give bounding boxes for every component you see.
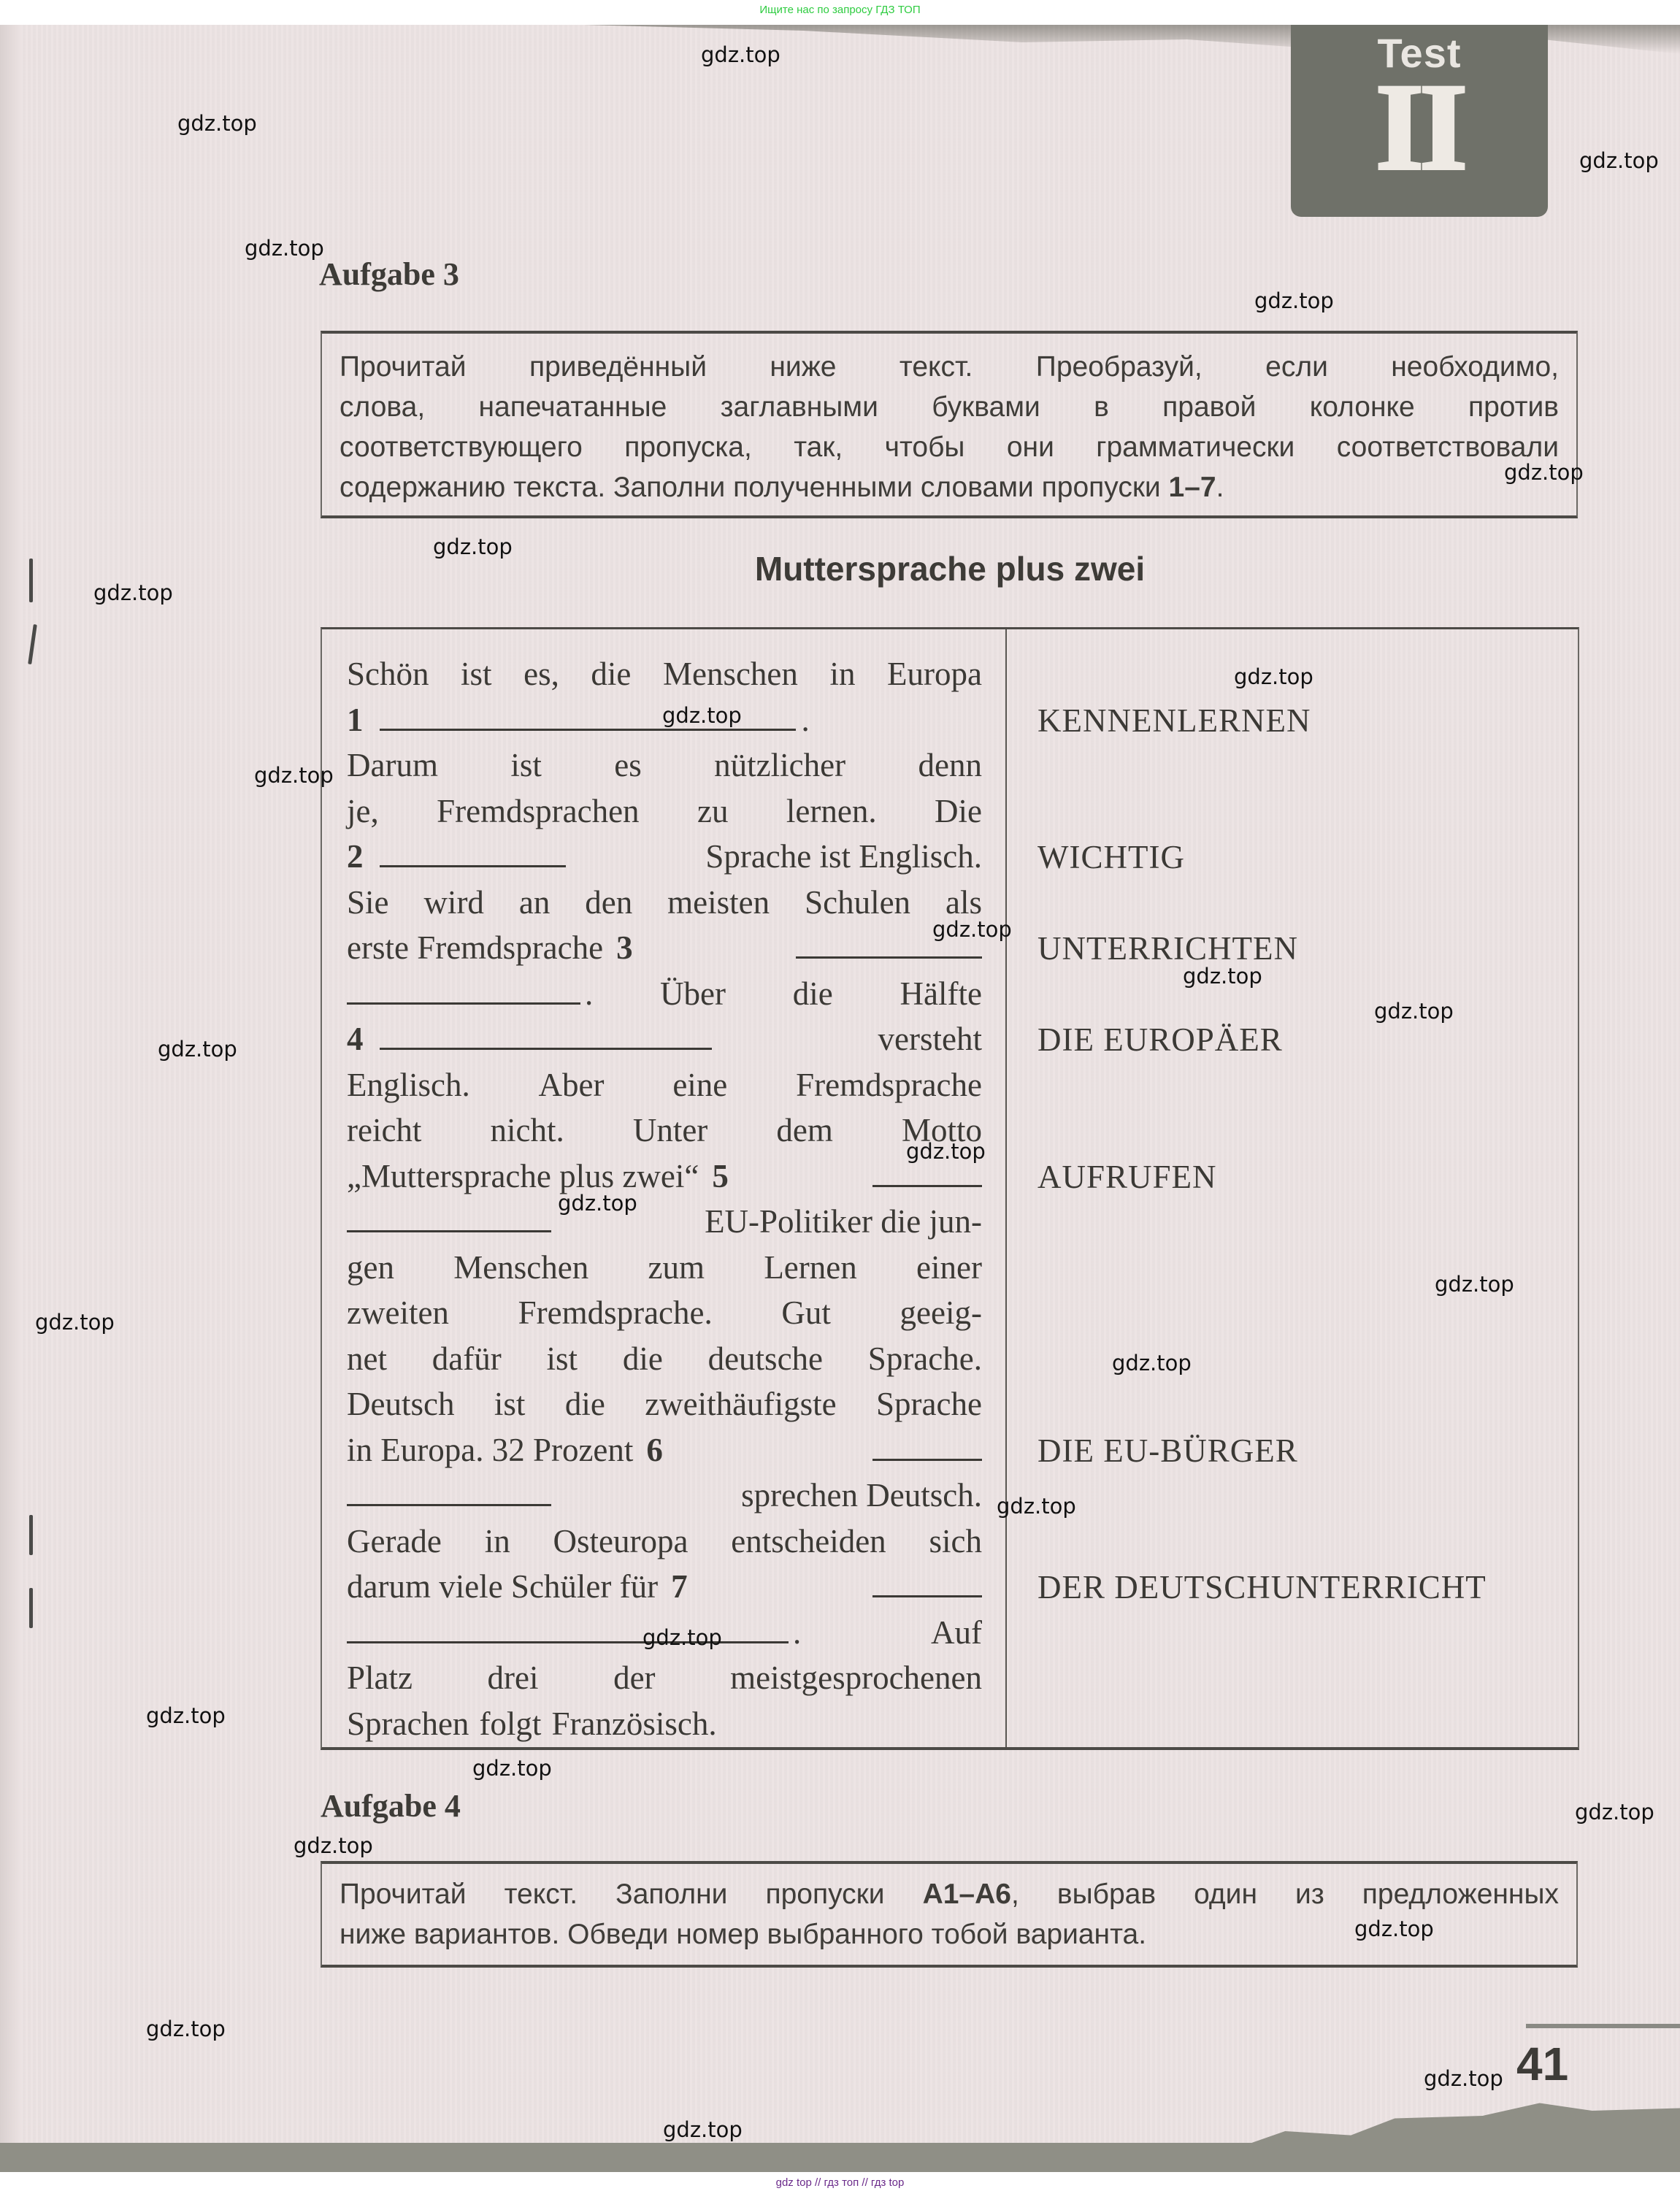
word-to-transform: DER DEUTSCHUNTERRICHT: [1037, 1568, 1487, 1606]
word-to-transform: DIE EU-BÜRGER: [1037, 1432, 1298, 1470]
word: den: [585, 880, 632, 926]
text-line: 4versteht: [347, 1016, 982, 1062]
word: Schön: [347, 651, 429, 697]
text-column: Schönistes,dieMenscheninEuropa1.Darumist…: [347, 651, 982, 1746]
watermark: gdz.top: [1579, 148, 1659, 173]
word: in Europa. 32 Prozent: [347, 1427, 633, 1473]
word-to-transform: DIE EUROPÄER: [1037, 1021, 1283, 1059]
gap-number: 6: [646, 1427, 663, 1473]
aufgabe-4-instruction: Прочитай текст. Заполни пропуски A1–A6, …: [340, 1874, 1559, 1914]
word: Französisch.: [551, 1701, 716, 1747]
watermark: gdz.top: [146, 1703, 226, 1728]
word: Gut: [781, 1290, 831, 1336]
word: die: [793, 971, 833, 1017]
word: denn: [918, 743, 981, 789]
staple-mark: [29, 1515, 33, 1555]
gap-blank[interactable]: [380, 837, 566, 867]
word: je,: [347, 789, 379, 834]
watermark: gdz.top: [35, 1310, 115, 1335]
footer-watermark: gdz top // гдз топ // гдз top: [0, 2172, 1680, 2210]
text-line: 2Sprache ist Englisch.: [347, 834, 982, 880]
watermark: gdz.top: [1435, 1272, 1514, 1297]
word: Über: [660, 971, 726, 1017]
word: Sie: [347, 880, 389, 926]
word: Osteuropa: [553, 1519, 689, 1565]
word: Europa: [887, 651, 982, 697]
word: Schulen: [805, 880, 910, 926]
word: die: [565, 1381, 605, 1427]
watermark: gdz.top: [146, 2017, 226, 2041]
word: erste Fremdsprache: [347, 925, 603, 971]
text-line: sprechen Deutsch.: [347, 1473, 982, 1519]
text-line: Platzdreidermeistgesprochenen: [347, 1655, 982, 1701]
word-to-transform: AUFRUFEN: [1037, 1158, 1217, 1196]
watermark: gdz.top: [1354, 1917, 1434, 1941]
word: die: [623, 1336, 663, 1382]
text-line: darum viele Schüler für7: [347, 1564, 982, 1610]
gap-range: 1–7: [1169, 472, 1216, 503]
watermark: gdz.top: [1234, 664, 1313, 689]
word: wird: [423, 880, 484, 926]
text-line: zweitenFremdsprache.Gutgeeig-: [347, 1290, 982, 1336]
text-line: erste Fremdsprache3: [347, 925, 982, 971]
watermark: gdz.top: [245, 236, 324, 261]
word: Sprache.: [868, 1336, 982, 1382]
word: eine: [672, 1062, 727, 1108]
watermark: gdz.top: [294, 1833, 373, 1858]
word: zweiten: [347, 1290, 449, 1336]
gap-blank[interactable]: [347, 975, 580, 1005]
test-numeral: II: [1291, 72, 1548, 182]
aufgabe-4-heading: Aufgabe 4: [321, 1787, 461, 1825]
bottom-decorative-band: [0, 2143, 1680, 2172]
word: lernen.: [786, 789, 877, 834]
word-to-transform: KENNENLERNEN: [1037, 702, 1311, 740]
watermark: gdz.top: [1183, 964, 1262, 989]
word: Sprachen: [347, 1701, 469, 1747]
word: der: [613, 1655, 655, 1701]
watermark: gdz.top: [701, 42, 780, 67]
watermark: gdz.top: [1424, 2066, 1503, 2091]
text-line: reichtnicht.UnterdemMotto: [347, 1108, 982, 1154]
watermark: gdz.top: [663, 2117, 743, 2142]
text-line: genMenschenzumLerneneiner: [347, 1245, 982, 1291]
word: dem: [776, 1108, 832, 1154]
gap-blank[interactable]: [347, 1202, 551, 1232]
instruction-line: содержанию текста. Заполни полученными с…: [340, 467, 1559, 507]
gap-blank[interactable]: [347, 1476, 551, 1506]
gap-range: A1–A6: [923, 1879, 1011, 1910]
word: Menschen: [663, 651, 798, 697]
word: sich: [929, 1519, 982, 1565]
word: darum viele Schüler für: [347, 1564, 658, 1610]
word: reicht: [347, 1108, 421, 1154]
word: an: [519, 880, 550, 926]
staple-mark: [29, 559, 33, 602]
word: ist: [510, 743, 542, 789]
watermark: gdz.top: [254, 763, 334, 788]
word: folgt: [479, 1701, 541, 1747]
watermark: gdz.top: [1112, 1351, 1192, 1376]
word: ist: [547, 1336, 578, 1382]
word: meistgesprochenen: [730, 1655, 982, 1701]
word: meisten: [667, 880, 770, 926]
watermark: gdz.top: [662, 703, 742, 728]
word: Sprache ist Englisch.: [705, 834, 982, 880]
watermark: gdz.top: [932, 917, 1012, 942]
watermark: gdz.top: [433, 534, 513, 559]
text-line: Englisch.AbereineFremdsprache: [347, 1062, 982, 1108]
word: Fremdsprache: [796, 1062, 982, 1108]
word: .Auf: [793, 1610, 982, 1656]
watermark: gdz.top: [93, 580, 173, 605]
word: gen: [347, 1245, 394, 1291]
word: nicht.: [491, 1108, 564, 1154]
word: nützlicher: [714, 743, 845, 789]
word: EU-Politiker die jun-: [705, 1199, 982, 1245]
word: sprechen Deutsch.: [741, 1473, 982, 1519]
instruction-line: Прочитай приведённый ниже текст. Преобра…: [340, 347, 1559, 387]
word: ist: [494, 1381, 526, 1427]
aufgabe-3-heading: Aufgabe 3: [319, 256, 459, 293]
word: Lernen: [764, 1245, 856, 1291]
word: es,: [523, 651, 559, 697]
word: ist: [461, 651, 492, 697]
word: .ÜberdieHälfte: [585, 971, 982, 1017]
word: Darum: [347, 743, 438, 789]
word: versteht: [878, 1016, 982, 1062]
text-line: .ÜberdieHälfte: [347, 971, 982, 1017]
watermark: gdz.top: [1374, 999, 1454, 1024]
watermark: gdz.top: [177, 111, 257, 136]
gap-blank[interactable]: [380, 1020, 712, 1050]
word: .: [585, 971, 593, 1017]
text-line: DeutschistdiezweithäufigsteSprache: [347, 1381, 982, 1427]
watermark: gdz.top: [158, 1037, 237, 1062]
text-line: „Muttersprache plus zwei“5: [347, 1154, 982, 1200]
watermark: gdz.top: [643, 1625, 722, 1650]
word: in: [485, 1519, 510, 1565]
text-line: netdafüristdiedeutscheSprache.: [347, 1336, 982, 1382]
word: in: [829, 651, 855, 697]
page-number: 41: [1516, 2037, 1568, 2091]
watermark: gdz.top: [558, 1191, 637, 1216]
gap-number: 3: [616, 925, 633, 971]
watermark: gdz.top: [906, 1139, 986, 1164]
text-line: SprachenfolgtFranzösisch.: [347, 1701, 982, 1747]
word: Hälfte: [900, 971, 982, 1017]
gap-number: 1: [347, 697, 364, 743]
word: Gerade: [347, 1519, 442, 1565]
word: einer: [916, 1245, 982, 1291]
word-to-transform: WICHTIG: [1037, 838, 1185, 876]
word: Menschen: [453, 1245, 588, 1291]
word-to-transform: UNTERRICHTEN: [1037, 929, 1298, 967]
instruction-text: Прочитай текст. Заполни пропуски: [340, 1879, 923, 1910]
word: zum: [648, 1245, 705, 1291]
text-line: je,Fremdsprachenzulernen.Die: [347, 789, 982, 834]
text-line: Schönistes,dieMenscheninEuropa: [347, 651, 982, 697]
aufgabe-3-instruction: Прочитай приведённый ниже текст. Преобра…: [340, 347, 1559, 507]
word: Deutsch: [347, 1381, 454, 1427]
gap-number: 7: [671, 1564, 688, 1610]
aufgabe-4-instruction-box: Прочитай текст. Заполни пропуски A1–A6, …: [321, 1861, 1578, 1968]
word: zu: [697, 789, 728, 834]
staple-mark: [29, 1588, 33, 1628]
page-binding-edge: [0, 25, 22, 2171]
gap-number: 5: [712, 1154, 729, 1200]
gap-number: 4: [347, 1016, 364, 1062]
page-number-rule: [1526, 2024, 1680, 2028]
column-divider: [1005, 629, 1007, 1747]
word: Aber: [539, 1062, 605, 1108]
word: Sprache: [876, 1381, 982, 1427]
word: Englisch.: [347, 1062, 470, 1108]
gap-blank[interactable]: [872, 1568, 982, 1597]
text-line: in Europa. 32 Prozent6: [347, 1427, 982, 1473]
word: drei: [488, 1655, 539, 1701]
aufgabe-3-instruction-box: Прочитай приведённый ниже текст. Преобра…: [321, 331, 1578, 518]
word: deutsche: [708, 1336, 823, 1382]
word: .: [793, 1610, 801, 1656]
word: geeig-: [900, 1290, 982, 1336]
text-line: Darumistesnützlicherdenn: [347, 743, 982, 789]
word: entscheiden: [731, 1519, 886, 1565]
word: die: [591, 651, 631, 697]
watermark: gdz.top: [472, 1756, 552, 1781]
watermark: gdz.top: [1575, 1800, 1654, 1825]
gap-blank[interactable]: [347, 1614, 789, 1643]
test-badge: Test II: [1291, 25, 1548, 217]
word: zweithäufigste: [645, 1381, 836, 1427]
word: Fremdsprachen: [437, 789, 639, 834]
word: Die: [935, 789, 982, 834]
instruction-text: , выбрав один из предложенных: [1011, 1879, 1559, 1910]
text-line: EU-Politiker die jun-: [347, 1199, 982, 1245]
instruction-line: соответствующего пропуска, так, чтобы он…: [340, 427, 1559, 467]
top-banner: Ищите нас по запросу ГДЗ ТОП: [0, 0, 1680, 25]
watermark: gdz.top: [1504, 460, 1584, 485]
word: „Muttersprache plus zwei“: [347, 1154, 699, 1200]
text-line: SiewirdandenmeistenSchulenals: [347, 880, 982, 926]
watermark: gdz.top: [997, 1494, 1076, 1519]
word: dafür: [432, 1336, 502, 1382]
word: es: [614, 743, 642, 789]
gap-number: 2: [347, 834, 364, 880]
word: Auf: [931, 1610, 982, 1656]
text-line: GeradeinOsteuropaentscheidensich: [347, 1519, 982, 1565]
gap-fill-table: Schönistes,dieMenscheninEuropa1.Darumist…: [321, 627, 1579, 1750]
gap-blank[interactable]: [872, 1431, 982, 1461]
word: Platz: [347, 1655, 413, 1701]
word: net: [347, 1336, 387, 1382]
word: Fremdsprache.: [518, 1290, 713, 1336]
watermark: gdz.top: [1254, 288, 1334, 313]
instruction-line: слова, напечатанные заглавными буквами в…: [340, 387, 1559, 427]
word: Unter: [633, 1108, 707, 1154]
word: .: [802, 697, 810, 743]
